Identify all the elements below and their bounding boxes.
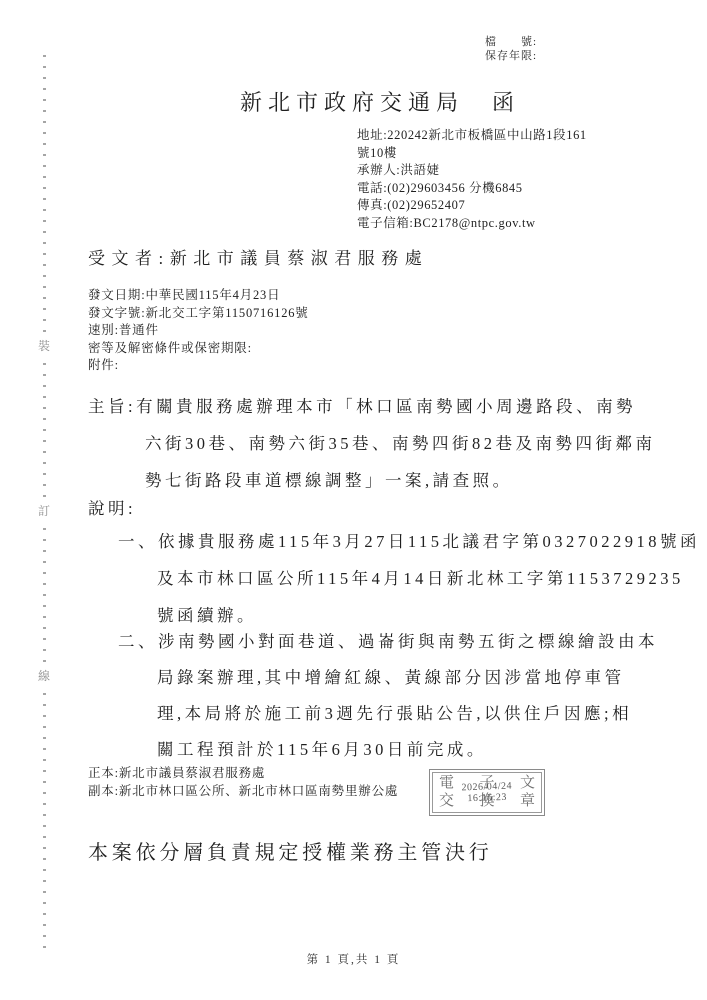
binding-mark-zhuang: 裝 <box>37 338 51 354</box>
description-item2-line-1: 二、涉南勢國小對面巷道、過崙街與南勢五街之標線繪設由本 <box>118 628 658 652</box>
description-heading: 說明: <box>88 495 136 519</box>
priority-line: 速別:普通件 <box>88 322 309 340</box>
authorization-line: 本案依分層負責規定授權業務主管決行 <box>88 836 493 865</box>
stamp-datetime: 2026/04/24 16:16:23 <box>461 781 512 804</box>
sender-contact-person: 承辦人:洪語婕 <box>357 162 587 180</box>
stamp-char: 章 <box>520 793 535 810</box>
binding-dotted-line <box>43 55 46 948</box>
cc-copy-line: 副本:新北市林口區公所、新北市林口區南勢里辦公處 <box>88 781 398 799</box>
description-item2-line-2: 局錄案辦理,其中增繪紅線、黃線部分因涉當地停車管 <box>157 664 625 688</box>
stamp-char: 文 <box>520 775 535 792</box>
stamp-time: 16:16:23 <box>462 792 513 804</box>
sender-contact-block: 地址:220242新北市板橋區中山路1段161 號10樓 承辦人:洪語婕 電話:… <box>357 127 587 233</box>
security-line: 密等及解密條件或保密期限: <box>88 340 309 358</box>
electronic-exchange-stamp: 電 子 文 交 換 章 2026/04/24 16:16:23 <box>429 769 545 816</box>
original-copy-line: 正本:新北市議員蔡淑君服務處 <box>88 763 265 781</box>
doc-number-line: 發文字號:新北交工字第1150716126號 <box>88 305 309 323</box>
page-number-footer: 第 1 頁,共 1 頁 <box>0 951 707 967</box>
description-item1-line-1: 一、依據貴服務處115年3月27日115北議君字第0327022918號函 <box>118 528 700 552</box>
subject-line-3: 勢七街路段車道標線調整」一案,請查照。 <box>145 467 513 491</box>
attachment-line: 附件: <box>88 357 309 375</box>
document-title: 新北市政府交通局 函 <box>240 86 520 117</box>
binding-mark-xian: 線 <box>37 668 51 684</box>
stamp-char: 交 <box>439 793 454 810</box>
description-item2-line-3: 理,本局將於施工前3週先行張貼公告,以供住戶因應;相 <box>157 700 632 724</box>
sender-fax: 傳真:(02)29652407 <box>357 197 587 215</box>
recipient-line: 受文者:新北市議員蔡淑君服務處 <box>88 244 428 269</box>
description-item1-line-3: 號函續辦。 <box>157 602 257 626</box>
retention-period-label: 保存年限: <box>485 47 537 63</box>
sender-email: 電子信箱:BC2178@ntpc.gov.tw <box>357 215 587 233</box>
document-meta-block: 發文日期:中華民國115年4月23日 發文字號:新北交工字第1150716126… <box>88 287 309 375</box>
issue-date-line: 發文日期:中華民國115年4月23日 <box>88 287 309 305</box>
sender-phone: 電話:(02)29603456 分機6845 <box>357 180 587 198</box>
binding-mark-ding: 訂 <box>37 503 51 519</box>
sender-address-line-2: 號10樓 <box>357 145 587 163</box>
official-letter-page: 裝 訂 線 檔 號: 保存年限: 新北市政府交通局 函 地址:220242新北市… <box>0 0 707 1000</box>
subject-line-2: 六街30巷、南勢六街35巷、南勢四街82巷及南勢四街鄰南 <box>145 430 656 454</box>
description-item2-line-4: 關工程預計於115年6月30日前完成。 <box>157 736 487 760</box>
subject-line-1: 主旨:有關貴服務處辦理本市「林口區南勢國小周邊路段、南勢 <box>88 393 636 417</box>
stamp-char: 電 <box>439 775 454 792</box>
description-item1-line-2: 及本市林口區公所115年4月14日新北林工字第1153729235 <box>157 565 684 589</box>
sender-address-line-1: 地址:220242新北市板橋區中山路1段161 <box>357 127 587 145</box>
